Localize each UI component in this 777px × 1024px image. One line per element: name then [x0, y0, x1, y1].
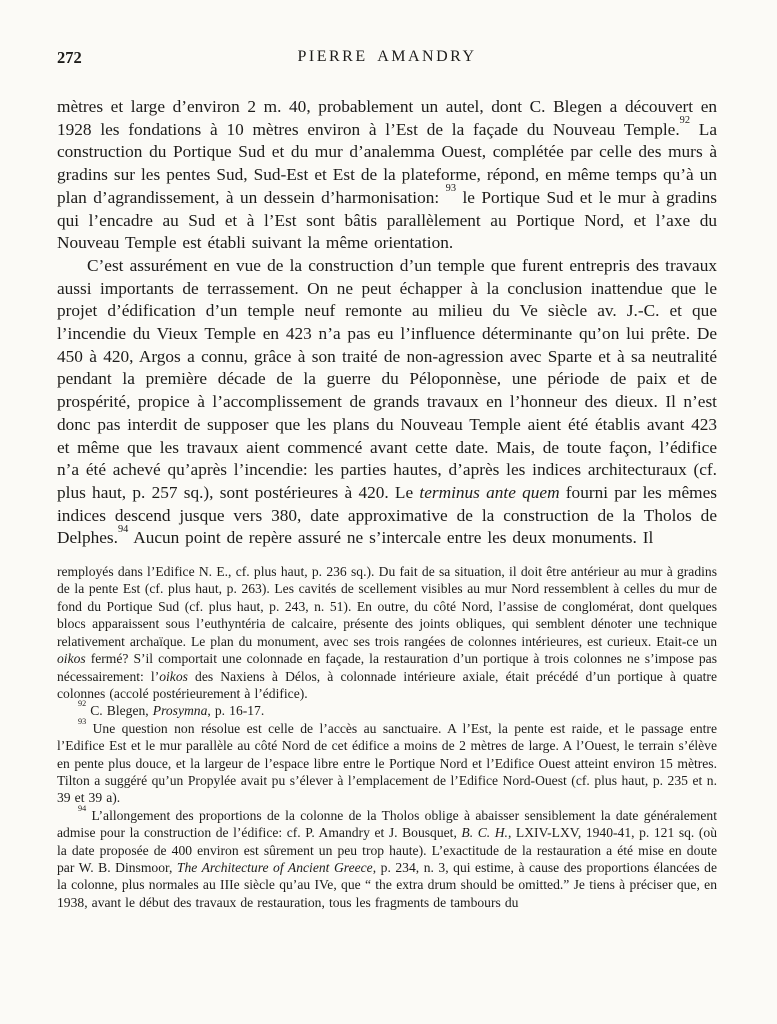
page-header: 272 PIERRE AMANDRY	[57, 48, 717, 70]
running-head: PIERRE AMANDRY	[57, 48, 717, 66]
paragraph: 94 L’allongement des proportions de la c…	[57, 807, 717, 911]
paragraph: 93 Une question non résolue est celle de…	[57, 720, 717, 807]
italic-text: oikos	[159, 669, 188, 684]
footnote-marker: 92	[78, 699, 86, 708]
footnote-marker: 93	[78, 717, 86, 726]
italic-text: B. C. H.	[461, 825, 508, 840]
paragraph: C’est assurément en vue de la constructi…	[57, 255, 717, 550]
italic-text: terminus ante quem	[419, 483, 559, 502]
footnote-marker: 94	[78, 804, 86, 813]
footnote-marker: 94	[118, 524, 128, 535]
paragraph: mètres et large d’environ 2 m. 40, proba…	[57, 96, 717, 255]
footnotes: remployés dans l’Edifice N. E., cf. plus…	[57, 563, 717, 911]
italic-text: oikos	[57, 651, 86, 666]
paragraph: 92 C. Blegen, Prosymna, p. 16-17.	[57, 702, 717, 719]
scanned-paper-page: 272 PIERRE AMANDRY mètres et large d’env…	[0, 0, 777, 1024]
italic-text: Prosymna	[153, 703, 208, 718]
body-text: mètres et large d’environ 2 m. 40, proba…	[57, 96, 717, 550]
paragraph: remployés dans l’Edifice N. E., cf. plus…	[57, 563, 717, 702]
italic-text: The Architecture of Ancient Greece	[177, 860, 373, 875]
footnote-marker: 93	[446, 183, 456, 194]
footnote-marker: 92	[680, 115, 690, 126]
